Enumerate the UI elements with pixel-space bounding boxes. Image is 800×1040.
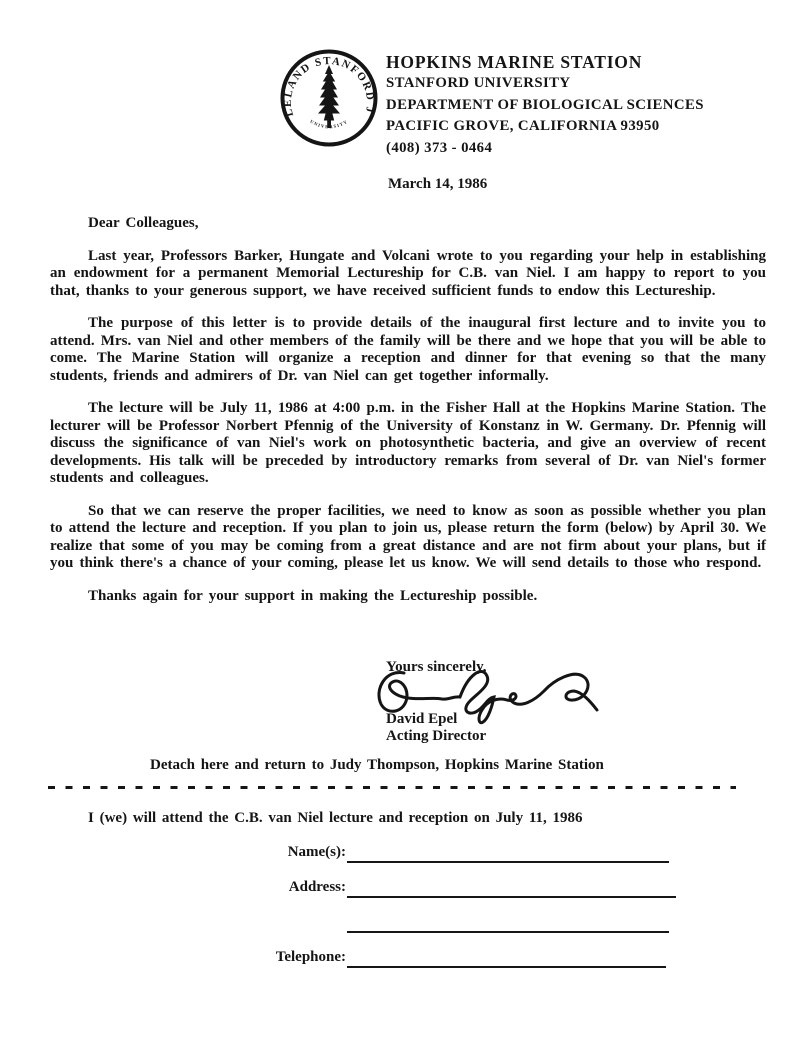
address-field-label: Address: bbox=[200, 877, 347, 898]
letter-date: March 14, 1986 bbox=[388, 176, 487, 193]
form-row-address-line2 bbox=[200, 910, 669, 933]
org-name: HOPKINS MARINE STATION bbox=[386, 51, 704, 73]
salutation: Dear Colleagues, bbox=[50, 215, 766, 233]
org-phone: (408) 373 - 0464 bbox=[386, 138, 704, 160]
org-address: PACIFIC GROVE, CALIFORNIA 93950 bbox=[386, 116, 704, 138]
detach-instruction: Detach here and return to Judy Thompson,… bbox=[150, 757, 604, 774]
form-row-telephone: Telephone: bbox=[200, 945, 666, 968]
name-field[interactable] bbox=[347, 841, 669, 863]
paragraph-2: The purpose of this letter is to provide… bbox=[50, 315, 766, 385]
detach-dashed-line bbox=[48, 786, 736, 789]
paragraph-4: So that we can reserve the proper facili… bbox=[50, 503, 766, 573]
attend-statement: I (we) will attend the C.B. van Niel lec… bbox=[88, 810, 583, 827]
handwritten-signature bbox=[370, 663, 602, 727]
closing-line: Thanks again for your support in making … bbox=[50, 588, 766, 606]
scanned-letter-page: { "letterhead": { "org": "HOPKINS MARINE… bbox=[0, 0, 800, 1040]
name-field-label: Name(s): bbox=[200, 842, 347, 863]
address-field[interactable] bbox=[347, 876, 676, 898]
form-row-address: Address: bbox=[200, 875, 676, 898]
form-row-name: Name(s): bbox=[200, 840, 669, 863]
address-field-line2[interactable] bbox=[347, 911, 669, 933]
signature-block: Yours sincerely, David Epel Acting Direc… bbox=[386, 659, 487, 746]
telephone-field[interactable] bbox=[347, 946, 666, 968]
department-name: DEPARTMENT OF BIOLOGICAL SCIENCES bbox=[386, 95, 704, 117]
stanford-seal-icon: LELAND STANFORD JR UNIVERSITY bbox=[279, 48, 379, 148]
letter-body: Dear Colleagues, Last year, Professors B… bbox=[50, 215, 766, 620]
signer-title: Acting Director bbox=[386, 728, 487, 746]
telephone-field-label: Telephone: bbox=[200, 947, 347, 968]
sequoia-tree-icon bbox=[318, 65, 340, 128]
paragraph-3: The lecture will be July 11, 1986 at 4:0… bbox=[50, 400, 766, 488]
letterhead: HOPKINS MARINE STATION STANFORD UNIVERSI… bbox=[386, 51, 704, 159]
paragraph-1: Last year, Professors Barker, Hungate an… bbox=[50, 248, 766, 301]
university-name: STANFORD UNIVERSITY bbox=[386, 73, 704, 95]
